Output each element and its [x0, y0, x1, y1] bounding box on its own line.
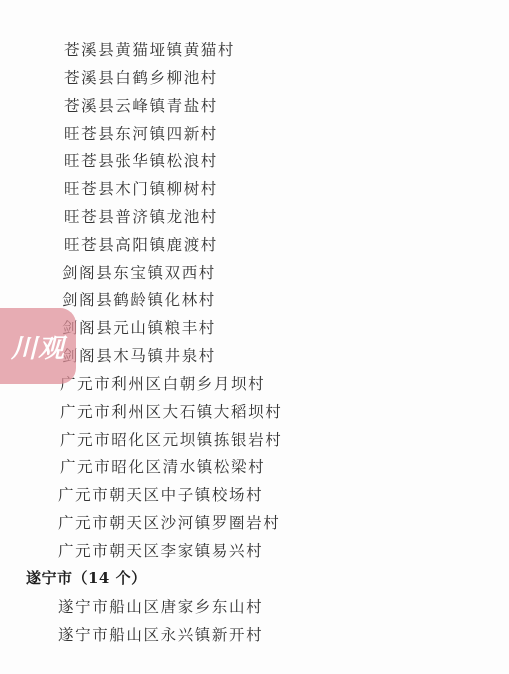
document-page: 苍溪县黄猫垭镇黄猫村 苍溪县白鹤乡柳池村 苍溪县云峰镇青盐村 旺苍县东河镇四新村…: [0, 0, 509, 674]
village-list-item: 广元市利州区白朝乡月坝村: [60, 374, 265, 394]
village-list-item: 旺苍县张华镇松浪村: [64, 151, 218, 171]
village-list-item: 苍溪县云峰镇青盐村: [64, 96, 218, 116]
village-list-item: 广元市朝天区沙河镇罗圈岩村: [58, 513, 280, 533]
village-list-item: 广元市利州区大石镇大稻坝村: [60, 402, 282, 422]
village-list-item: 旺苍县高阳镇鹿渡村: [64, 235, 218, 255]
village-list-item: 遂宁市船山区永兴镇新开村: [58, 625, 263, 645]
watermark-text: 川观: [11, 328, 65, 365]
village-list-item: 剑阁县木马镇井泉村: [62, 346, 216, 366]
village-list-item: 旺苍县木门镇柳树村: [64, 179, 218, 199]
village-list-item: 剑阁县元山镇粮丰村: [62, 318, 216, 338]
village-list-item: 苍溪县白鹤乡柳池村: [64, 68, 218, 88]
village-list-item: 剑阁县鹤龄镇化林村: [62, 290, 216, 310]
village-list-item: 剑阁县东宝镇双西村: [62, 263, 216, 283]
village-list-item: 苍溪县黄猫垭镇黄猫村: [64, 40, 235, 60]
village-list-item: 旺苍县东河镇四新村: [64, 124, 218, 144]
village-list-item: 广元市昭化区元坝镇拣银岩村: [60, 430, 282, 450]
village-list-item: 广元市朝天区李家镇易兴村: [58, 541, 263, 561]
section-heading-suining: 遂宁市（14 个）: [26, 568, 147, 588]
village-list-item: 旺苍县普济镇龙池村: [64, 207, 218, 227]
village-list-item: 广元市朝天区中子镇校场村: [58, 485, 263, 505]
village-list-item: 广元市昭化区清水镇松梁村: [60, 457, 265, 477]
chuanguan-watermark-logo: 川观: [0, 308, 76, 384]
village-list-item: 遂宁市船山区唐家乡东山村: [58, 597, 263, 617]
